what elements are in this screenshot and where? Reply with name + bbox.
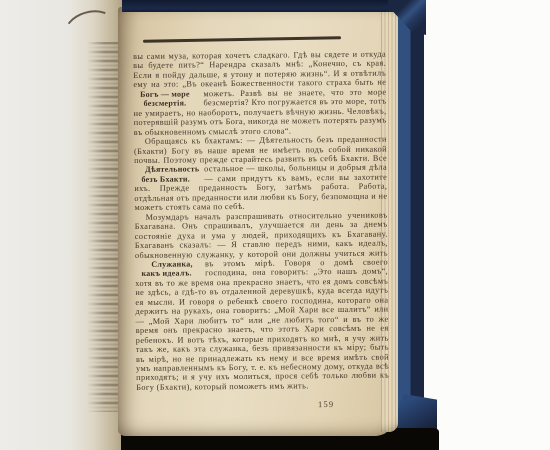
book-photo: вы сами муза, которая хочетъ сладкаго. Г… xyxy=(0,0,550,450)
paragraph-text: Говоря о домѣ своего господина, она гово… xyxy=(135,258,389,392)
body-paragraph: вы сами муза, которая хочетъ сладкаго. Г… xyxy=(133,50,387,138)
body-text: вы сами муза, которая хочетъ сладкаго. Г… xyxy=(133,50,389,393)
page-number: 159 xyxy=(318,399,334,409)
margin-note: Служанка, какъ идеалъ. xyxy=(135,259,198,279)
book-cover-top-edge xyxy=(122,0,424,12)
book-cover-edge xyxy=(396,0,424,445)
body-paragraph: Обращаясь къ бхактамъ: — Дѣятельность бе… xyxy=(134,135,388,213)
body-paragraph: Мозумдаръ началъ разспрашивать относител… xyxy=(135,210,390,392)
margin-note: Богъ — море безсмертія. xyxy=(133,89,196,109)
margin-note: Дѣятельность безъ Бхакти. xyxy=(134,165,197,185)
